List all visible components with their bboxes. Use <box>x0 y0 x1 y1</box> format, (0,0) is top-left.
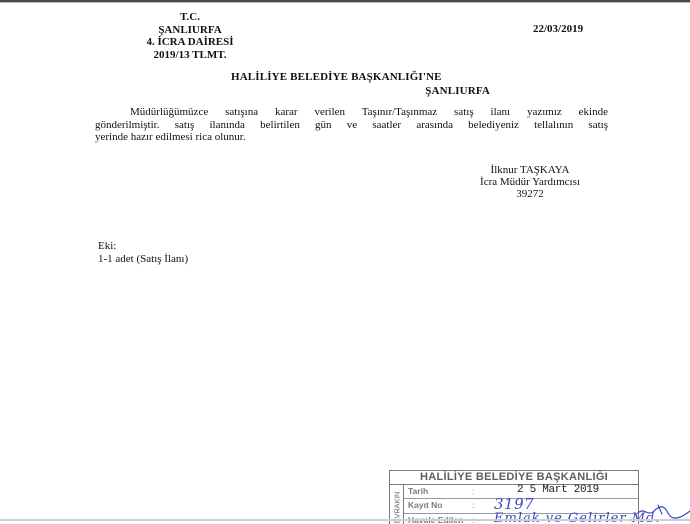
addressee-name: HALİLİYE BELEDİYE BAŞKANLIĞI'NE <box>231 70 490 84</box>
document-date: 22/03/2019 <box>533 23 583 35</box>
body-paragraph: Müdürlüğümüzce satışına karar verilen Ta… <box>95 106 608 144</box>
issuer-line-office: 4. İCRA DAİRESİ <box>110 36 270 49</box>
issuer-line-state: T.C. <box>110 11 270 24</box>
stamp-registry-colon: : <box>472 500 474 510</box>
addressee-block: HALİLİYE BELEDİYE BAŞKANLIĞI'NE ŞANLIURF… <box>231 70 490 98</box>
stamp-title: HALİLİYE BELEDİYE BAŞKANLIĞI <box>390 471 638 485</box>
stamp-date-colon: : <box>472 486 474 496</box>
signature-block: İlknur TAŞKAYA İcra Müdür Yardımcısı 392… <box>455 164 605 200</box>
attachment-item: 1-1 adet (Satış İlanı) <box>98 253 188 266</box>
issuer-line-city: ŞANLIURFA <box>110 24 270 37</box>
signatory-name: İlknur TAŞKAYA <box>455 164 605 176</box>
signatory-title: İcra Müdür Yardımcısı <box>455 176 605 188</box>
document-page: T.C. ŞANLIURFA 4. İCRA DAİRESİ 2019/13 T… <box>0 0 690 519</box>
body-line-2: gönderilmiştir. satış ilanında belirtile… <box>95 119 608 132</box>
body-line-1-text: Müdürlüğümüzce satışına karar verilen Ta… <box>130 106 608 118</box>
handwriting-overflow-stroke <box>636 499 690 521</box>
registry-stamp: HALİLİYE BELEDİYE BAŞKANLIĞI EVRAKIN Tar… <box>389 470 639 524</box>
attachments-label: Eki: <box>98 240 188 253</box>
stamp-registry-label: Kayıt No <box>408 500 442 510</box>
body-line-1: Müdürlüğümüzce satışına karar verilen Ta… <box>95 106 608 119</box>
addressee-city: ŞANLIURFA <box>231 84 490 98</box>
issuer-header: T.C. ŞANLIURFA 4. İCRA DAİRESİ 2019/13 T… <box>110 11 270 61</box>
signatory-number: 39272 <box>455 188 605 200</box>
body-line-3: yerinde hazır edilmesi rica olunur. <box>95 131 608 144</box>
attachments-block: Eki: 1-1 adet (Satış İlanı) <box>98 240 188 266</box>
stamp-date-label: Tarih <box>408 486 428 496</box>
window-bottom-border <box>0 519 690 521</box>
issuer-line-file-number: 2019/13 TLMT. <box>110 49 270 62</box>
